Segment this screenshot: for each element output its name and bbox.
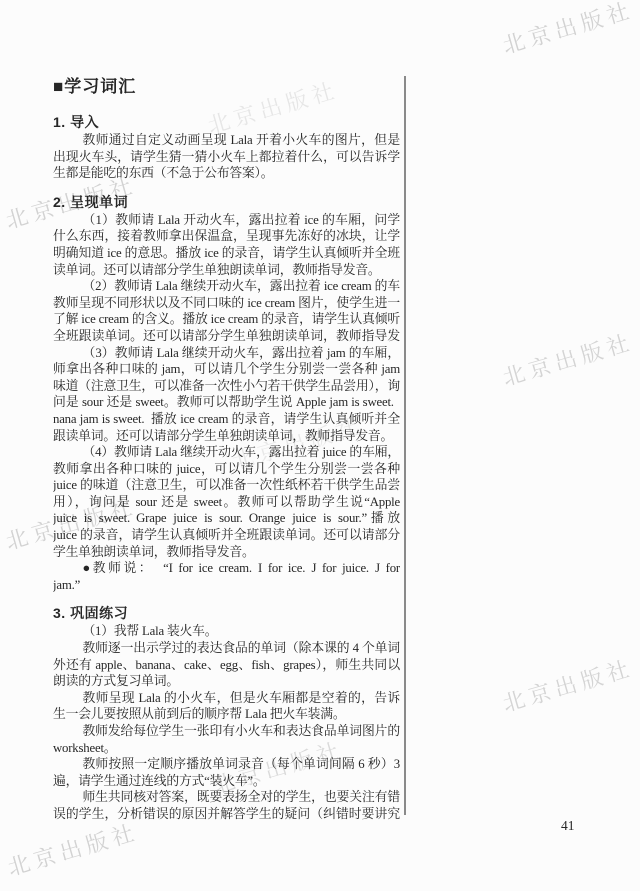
paragraph: 教师按照一定顺序播放单词录音（每个单词间隔 6 秒）3遍，请学生通过连线的方式“… <box>53 756 400 789</box>
paragraph: （1）我帮 Lala 装火车。 <box>53 623 400 640</box>
text-line: jam.” <box>53 577 400 594</box>
paragraph: 教师发给每位学生一张印有小火车和表达食品单词图片的worksheet。 <box>53 723 400 756</box>
text-line: 味道（注意卫生，可以准备一次性小勺若干供学生品尝用），询 <box>53 378 400 395</box>
page-number: 41 <box>561 818 575 834</box>
text-line: 师生共同核对答案，既要表扬全对的学生，也要关注有错 <box>53 789 400 806</box>
paragraph: （4）教师请 Lala 继续开动火车，露出拉着 juice 的车厢，教师拿出各种… <box>53 444 400 560</box>
text-line: 明确知道 ice 的意思。播放 ice 的录音，请学生认真倾听并全班跟 <box>53 245 400 262</box>
section-title: 3. 巩固练习 <box>53 605 400 621</box>
paragraph: 教师逐一出示学过的表达食品的单词（除本课的 4 个单词外还有 apple、ban… <box>53 640 400 690</box>
text-line: 用），询问是 sour 还是 sweet。教师可以帮助学生说“Apple <box>53 494 400 511</box>
watermark-text: 北京出版社 <box>499 325 637 392</box>
text-line: nana jam is sweet. 播放 ice cream 的录音，请学生认… <box>53 411 400 428</box>
section: 2. 呈现单词（1）教师请 Lala 开动火车，露出拉着 ice 的车厢，问学生… <box>53 194 400 594</box>
text-line: 出现火车头，请学生猜一猜小火车上都拉着什么，可以告诉学 <box>53 149 400 166</box>
text-line: 跟读单词。还可以请部分学生单独朗读单词，教师指导发音。 <box>53 428 400 445</box>
content-column: ■学习词汇 1. 导入教师通过自定义动画呈现 Lala 开着小火车的图片，但是只… <box>53 77 400 823</box>
section: 1. 导入教师通过自定义动画呈现 Lala 开着小火车的图片，但是只出现火车头，… <box>53 114 400 182</box>
text-line: 什么东西，接着教师拿出保温盒，呈现事先冻好的冰块，让学生 <box>53 228 400 245</box>
watermark-text: 北京出版社 <box>499 651 637 718</box>
section: 3. 巩固练习（1）我帮 Lala 装火车。教师逐一出示学过的表达食品的单词（除… <box>53 605 400 822</box>
text-line: 教师发给每位学生一张印有小火车和表达食品单词图片的 <box>53 723 400 740</box>
text-line: 遍，请学生通过连线的方式“装火车”。 <box>53 773 400 790</box>
text-line: 教师逐一出示学过的表达食品的单词（除本课的 4 个单词 <box>53 640 400 657</box>
text-line: （2）教师请 Lala 继续开动火车，露出拉着 ice cream 的车厢， <box>53 278 400 295</box>
text-line: 教师通过自定义动画呈现 Lala 开着小火车的图片，但是只 <box>53 132 400 149</box>
text-line: 教师呈现 Lala 的小火车，但是火车厢都是空着的，告诉学 <box>53 690 400 707</box>
text-line: 了解 ice cream 的含义。播放 ice cream 的录音，请学生认真倾… <box>53 311 400 328</box>
paragraph: ●教师说： “I for ice cream. I for ice. J for… <box>53 560 400 593</box>
text-line: 教师拿出各种口味的 juice，可以请几个学生分别尝一尝各种 <box>53 461 400 478</box>
text-line: 外还有 apple、banana、cake、egg、fish、grapes），师… <box>53 657 400 674</box>
text-line: ●教师说： “I for ice cream. I for ice. J for… <box>53 560 400 577</box>
paragraph: 教师呈现 Lala 的小火车，但是火车厢都是空着的，告诉学生一会儿要按照从前到后… <box>53 690 400 723</box>
text-line: juice is sweet. Grape juice is sour. Ora… <box>53 510 400 527</box>
paragraph: （2）教师请 Lala 继续开动火车，露出拉着 ice cream 的车厢，教师… <box>53 278 400 344</box>
text-line: （3）教师请 Lala 继续开动火车，露出拉着 jam 的车厢，教 <box>53 345 400 362</box>
text-line: juice 的味道（注意卫生，可以准备一次性纸杯若干供学生品尝 <box>53 477 400 494</box>
text-line: 师拿出各种口味的 jam，可以请几个学生分别尝一尝各种 jam 的 <box>53 361 400 378</box>
section-title: 2. 呈现单词 <box>53 194 400 210</box>
text-line: 读单词。还可以请部分学生单独朗读单词，教师指导发音。 <box>53 262 400 279</box>
text-line: （1）教师请 Lala 开动火车，露出拉着 ice 的车厢，问学生是 <box>53 212 400 229</box>
text-line: juice 的录音，请学生认真倾听并全班跟读单词。还可以请部分 <box>53 527 400 544</box>
text-line: 问是 sour 还是 sweet。教师可以帮助学生说 Apple jam is … <box>53 394 400 411</box>
text-line: （1）我帮 Lala 装火车。 <box>53 623 400 640</box>
text-line: 学生单独朗读单词，教师指导发音。 <box>53 544 400 561</box>
text-line: worksheet。 <box>53 740 400 757</box>
text-line: 教师呈现不同形状以及不同口味的 ice cream 图片，使学生进一步 <box>53 295 400 312</box>
column-divider-line <box>404 76 406 815</box>
text-line: 生一会儿要按照从前到后的顺序帮 Lala 把火车装满。 <box>53 706 400 723</box>
text-line: 教师按照一定顺序播放单词录音（每个单词间隔 6 秒）3 <box>53 756 400 773</box>
watermark-text: 北京出版社 <box>4 815 142 882</box>
text-line: 误的学生，分析错误的原因并解答学生的疑问（纠错时要讲究 <box>53 806 400 823</box>
section-title: 1. 导入 <box>53 114 400 130</box>
page-heading: ■学习词汇 <box>53 77 400 97</box>
text-line: 全班跟读单词。还可以请部分学生单独朗读单词，教师指导发音。 <box>53 328 400 345</box>
book-page: 北京出版社北京出版社北京出版社北京出版社北京出版社北京出版社北京出版社北京出版社… <box>0 0 640 891</box>
text-line: 生都是能吃的东西（不急于公布答案）。 <box>53 165 400 182</box>
paragraph: （1）教师请 Lala 开动火车，露出拉着 ice 的车厢，问学生是什么东西，接… <box>53 212 400 278</box>
paragraph: （3）教师请 Lala 继续开动火车，露出拉着 jam 的车厢，教师拿出各种口味… <box>53 345 400 445</box>
watermark-text: 北京出版社 <box>499 0 637 60</box>
paragraph: 教师通过自定义动画呈现 Lala 开着小火车的图片，但是只出现火车头，请学生猜一… <box>53 132 400 182</box>
paragraph: 师生共同核对答案，既要表扬全对的学生，也要关注有错误的学生，分析错误的原因并解答… <box>53 789 400 822</box>
text-line: 朗读的方式复习单词。 <box>53 673 400 690</box>
text-line: （4）教师请 Lala 继续开动火车，露出拉着 juice 的车厢， <box>53 444 400 461</box>
